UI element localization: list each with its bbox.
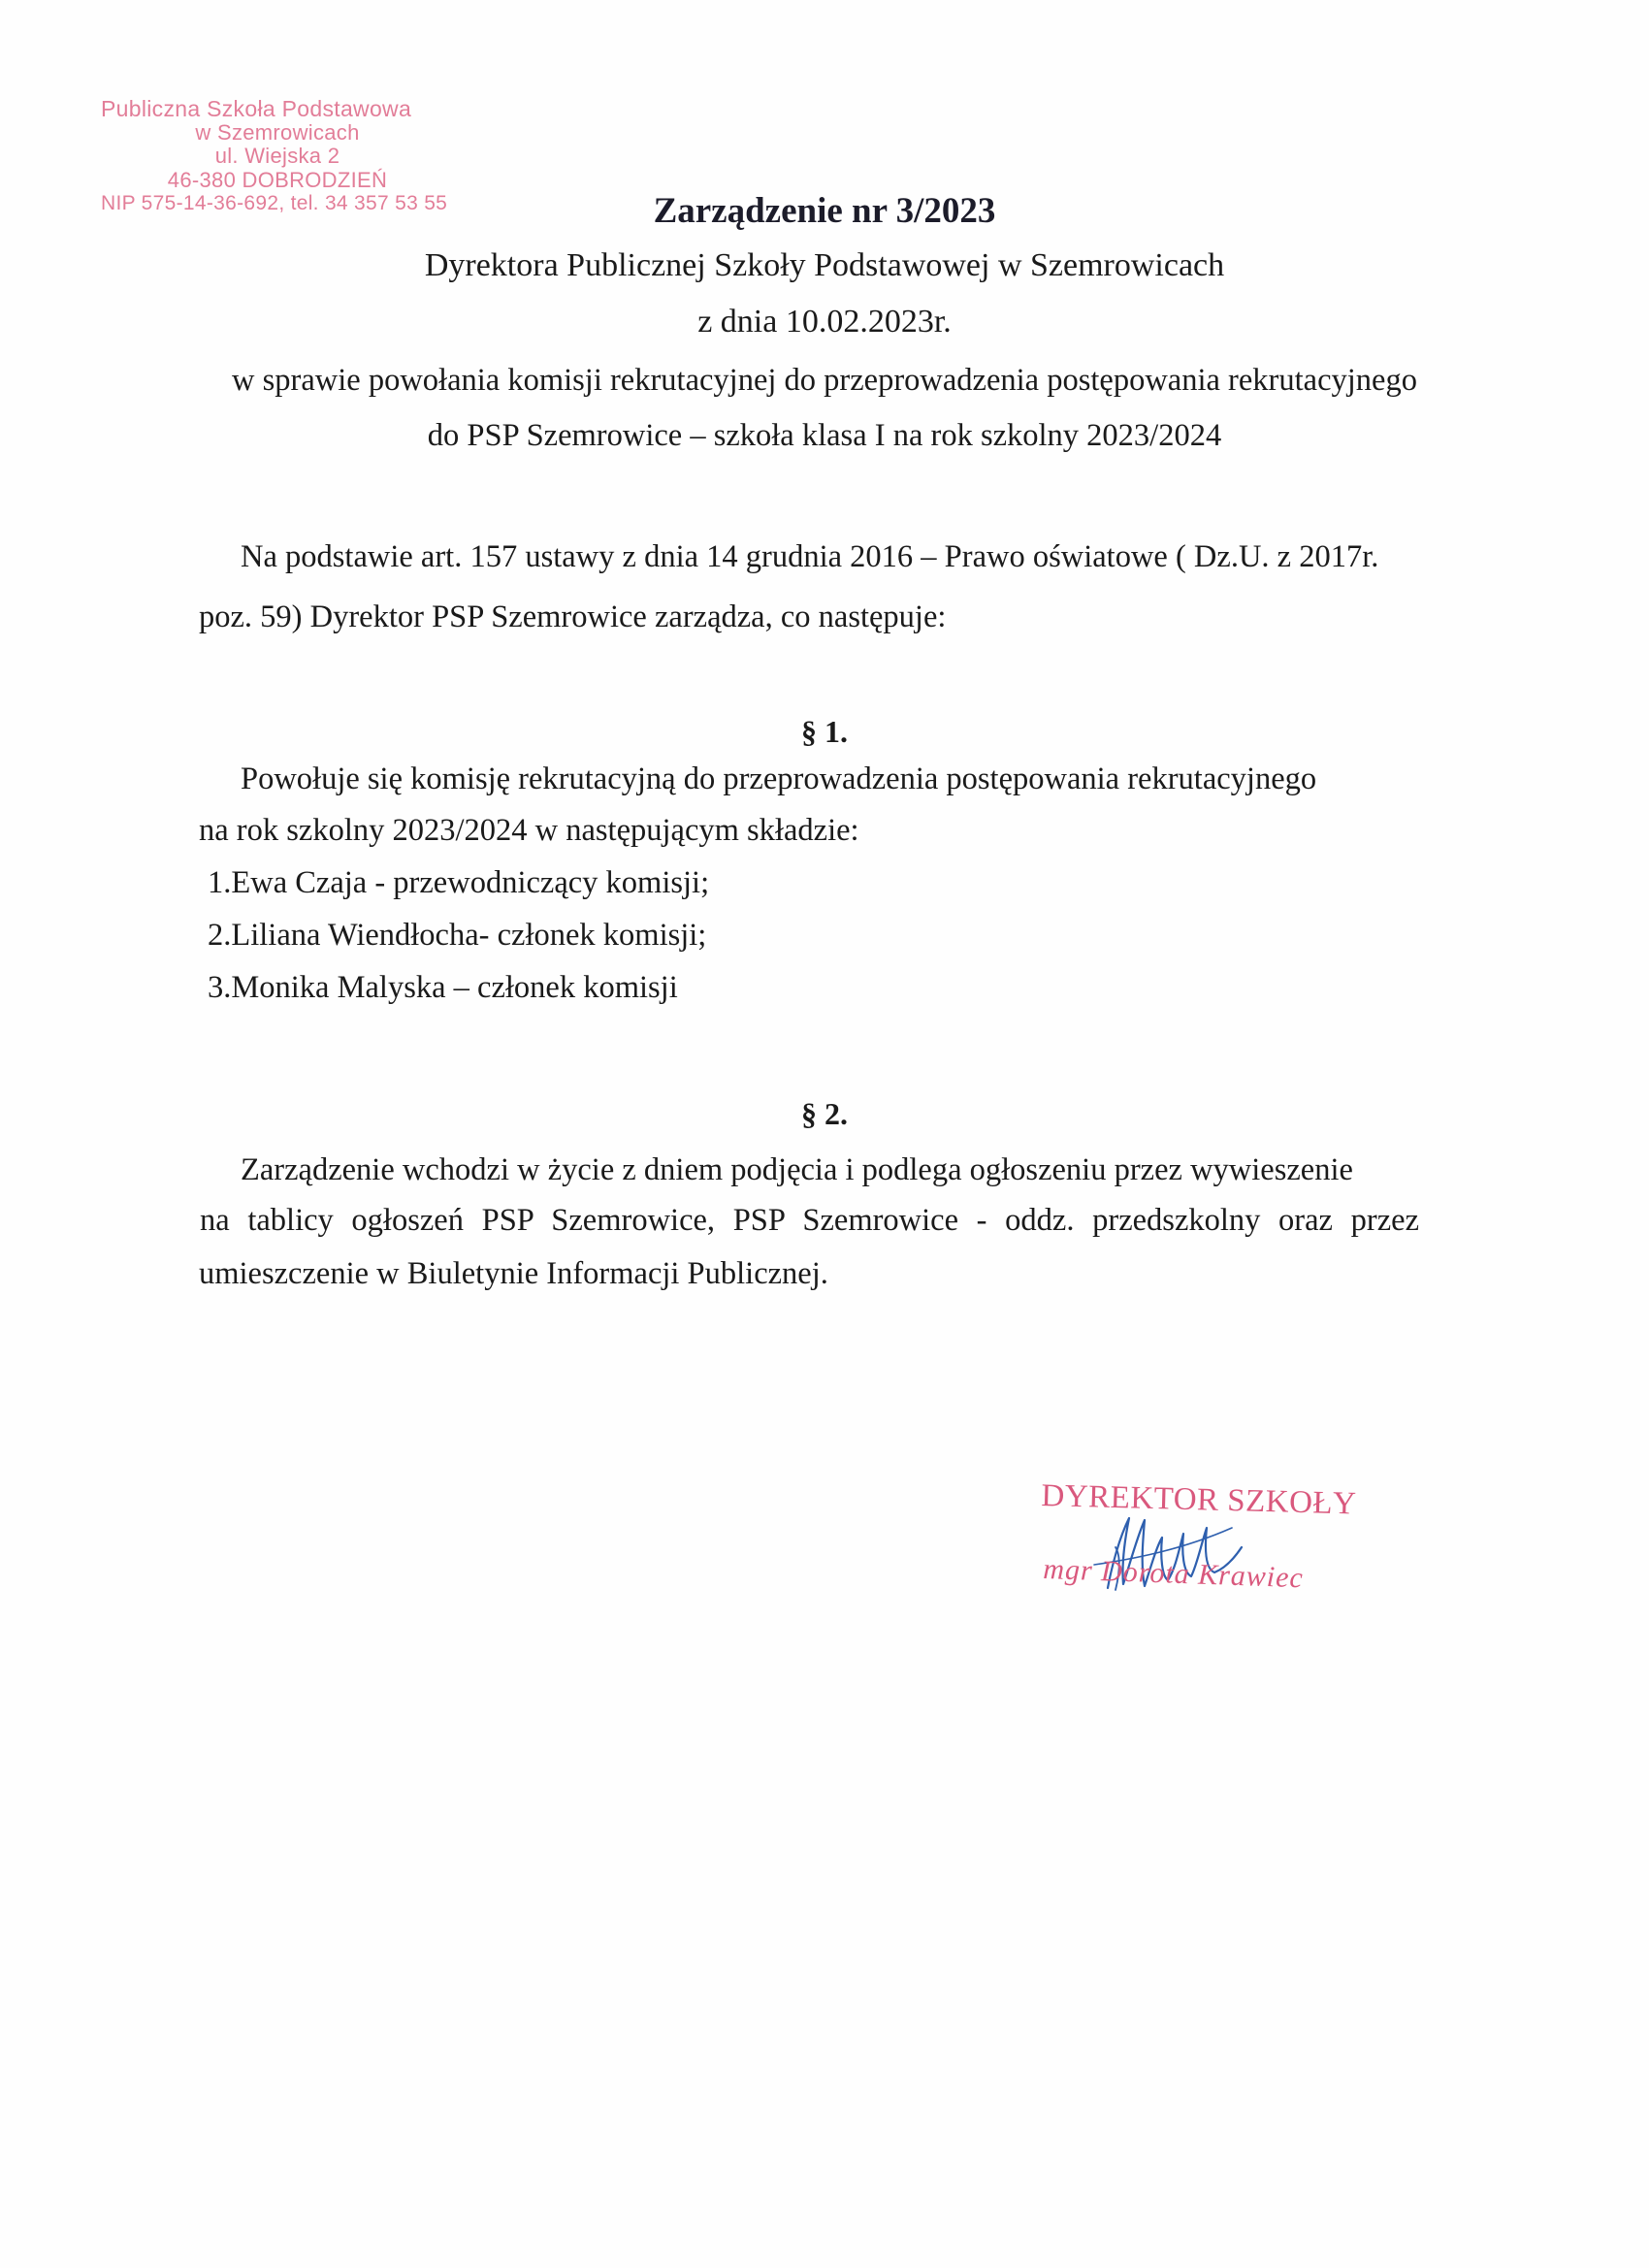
date-line: z dnia 10.02.2023r. bbox=[0, 306, 1649, 339]
section-1-line-2: na rok szkolny 2023/2024 w następującym … bbox=[199, 815, 859, 847]
section-2-heading: § 2. bbox=[0, 1098, 1649, 1129]
section-2-line-3: umieszczenie w Biuletynie Informacji Pub… bbox=[199, 1258, 828, 1290]
preamble-line-2: poz. 59) Dyrektor PSP Szemrowice zarządz… bbox=[199, 601, 946, 633]
section-2-line-2: na tablicy ogłoszeń PSP Szemrowice, PSP … bbox=[200, 1205, 1419, 1237]
stamp-line-street: ul. Wiejska 2 bbox=[93, 145, 462, 169]
stamp-line-location: w Szemrowicach bbox=[93, 121, 462, 146]
member-item: 1.Ewa Czaja - przewodniczący komisji; bbox=[208, 867, 709, 899]
stamp-line-postal: 46-380 DOBRODZIEŃ bbox=[93, 169, 462, 193]
document-page: Publiczna Szkoła Podstawowa w Szemrowica… bbox=[0, 0, 1649, 2268]
document-title: Zarządzenie nr 3/2023 bbox=[0, 193, 1649, 229]
issuer-line: Dyrektora Publicznej Szkoły Podstawowej … bbox=[0, 249, 1649, 282]
preamble-line-1: Na podstawie art. 157 ustawy z dnia 14 g… bbox=[241, 541, 1378, 573]
subject-line-1: w sprawie powołania komisji rekrutacyjne… bbox=[0, 365, 1649, 397]
member-item: 3.Monika Malyska – członek komisji bbox=[208, 972, 678, 1004]
stamp-line-school-name: Publiczna Szkoła Podstawowa bbox=[93, 97, 462, 121]
subject-line-2: do PSP Szemrowice – szkoła klasa I na ro… bbox=[0, 420, 1649, 452]
member-item: 2.Liliana Wiendłocha- członek komisji; bbox=[208, 920, 706, 952]
section-1-line-1: Powołuje się komisję rekrutacyjną do prz… bbox=[241, 763, 1316, 795]
director-stamp-name: mgr Dorota Krawiec bbox=[1043, 1553, 1305, 1595]
section-1-heading: § 1. bbox=[0, 716, 1649, 747]
section-2-line-1: Zarządzenie wchodzi w życie z dniem podj… bbox=[241, 1154, 1353, 1186]
